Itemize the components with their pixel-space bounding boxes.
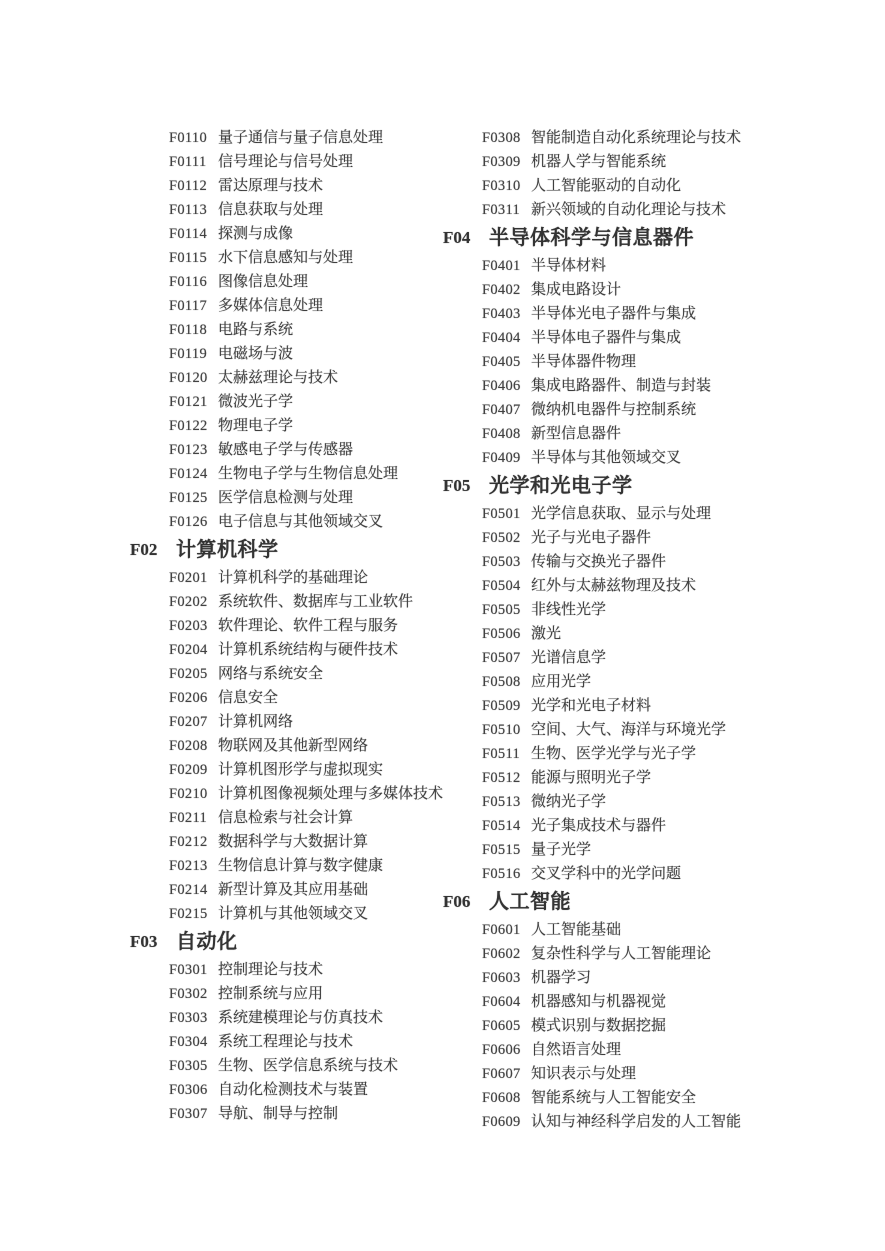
item-code: F0204 bbox=[169, 638, 218, 662]
item-label: 人工智能基础 bbox=[531, 918, 621, 942]
item-code: F0607 bbox=[482, 1062, 531, 1086]
item-label: 数据科学与大数据计算 bbox=[218, 830, 368, 854]
item-code: F0201 bbox=[169, 566, 218, 590]
item-label: 交叉学科中的光学问题 bbox=[531, 862, 681, 886]
item-label: 控制理论与技术 bbox=[218, 958, 323, 982]
item-code: F0302 bbox=[169, 982, 218, 1006]
item-label: 智能制造自动化系统理论与技术 bbox=[531, 126, 741, 150]
item-code: F0505 bbox=[482, 598, 531, 622]
section-title: 光学和光电子学 bbox=[489, 470, 633, 502]
code-item-row: F0114 探测与成像 bbox=[130, 222, 452, 246]
section-header-row: F04 半导体科学与信息器件 bbox=[443, 222, 793, 254]
item-label: 计算机网络 bbox=[218, 710, 293, 734]
item-label: 信息检索与社会计算 bbox=[218, 806, 353, 830]
code-item-row: F0304 系统工程理论与技术 bbox=[130, 1030, 452, 1054]
item-code: F0124 bbox=[169, 462, 218, 486]
item-code: F0303 bbox=[169, 1006, 218, 1030]
item-label: 机器感知与机器视觉 bbox=[531, 990, 666, 1014]
item-label: 微纳光子学 bbox=[531, 790, 606, 814]
item-code: F0306 bbox=[169, 1078, 218, 1102]
item-code: F0120 bbox=[169, 366, 218, 390]
item-code: F0115 bbox=[169, 246, 218, 270]
item-code: F0513 bbox=[482, 790, 531, 814]
code-item-row: F0119 电磁场与波 bbox=[130, 342, 452, 366]
item-code: F0121 bbox=[169, 390, 218, 414]
code-item-row: F0214 新型计算及其应用基础 bbox=[130, 878, 452, 902]
item-label: 计算机图形学与虚拟现实 bbox=[218, 758, 383, 782]
item-code: F0506 bbox=[482, 622, 531, 646]
code-item-row: F0515 量子光学 bbox=[443, 838, 793, 862]
item-code: F0211 bbox=[169, 806, 218, 830]
item-code: F0206 bbox=[169, 686, 218, 710]
code-item-row: F0607 知识表示与处理 bbox=[443, 1062, 793, 1086]
item-label: 自然语言处理 bbox=[531, 1038, 621, 1062]
item-label: 半导体与其他领域交叉 bbox=[531, 446, 681, 470]
code-item-row: F0506 激光 bbox=[443, 622, 793, 646]
section-header-row: F06 人工智能 bbox=[443, 886, 793, 918]
code-item-row: F0207 计算机网络 bbox=[130, 710, 452, 734]
item-code: F0209 bbox=[169, 758, 218, 782]
code-item-row: F0309 机器人学与智能系统 bbox=[443, 150, 793, 174]
item-label: 光学信息获取、显示与处理 bbox=[531, 502, 711, 526]
item-label: 新型信息器件 bbox=[531, 422, 621, 446]
code-item-row: F0409 半导体与其他领域交叉 bbox=[443, 446, 793, 470]
item-code: F0119 bbox=[169, 342, 218, 366]
item-code: F0609 bbox=[482, 1110, 531, 1134]
item-label: 物联网及其他新型网络 bbox=[218, 734, 368, 758]
right-column: F0308 智能制造自动化系统理论与技术 F0309 机器人学与智能系统 F03… bbox=[443, 126, 793, 1134]
item-label: 能源与照明光子学 bbox=[531, 766, 651, 790]
item-code: F0208 bbox=[169, 734, 218, 758]
item-label: 多媒体信息处理 bbox=[218, 294, 323, 318]
item-code: F0212 bbox=[169, 830, 218, 854]
item-code: F0308 bbox=[482, 126, 531, 150]
code-item-row: F0210 计算机图像视频处理与多媒体技术 bbox=[130, 782, 452, 806]
item-code: F0508 bbox=[482, 670, 531, 694]
item-code: F0210 bbox=[169, 782, 218, 806]
item-label: 新兴领域的自动化理论与技术 bbox=[531, 198, 726, 222]
item-label: 计算机科学的基础理论 bbox=[218, 566, 368, 590]
item-label: 认知与神经科学启发的人工智能 bbox=[531, 1110, 741, 1134]
item-label: 复杂性科学与人工智能理论 bbox=[531, 942, 711, 966]
code-item-row: F0308 智能制造自动化系统理论与技术 bbox=[443, 126, 793, 150]
code-item-row: F0311 新兴领域的自动化理论与技术 bbox=[443, 198, 793, 222]
left-column: F0110 量子通信与量子信息处理 F0111 信号理论与信号处理 F0112 … bbox=[130, 126, 452, 1126]
item-label: 光子与光电子器件 bbox=[531, 526, 651, 550]
item-label: 计算机系统结构与硬件技术 bbox=[218, 638, 398, 662]
item-label: 电子信息与其他领域交叉 bbox=[218, 510, 383, 534]
item-code: F0305 bbox=[169, 1054, 218, 1078]
code-item-row: F0124 生物电子学与生物信息处理 bbox=[130, 462, 452, 486]
section-title: 半导体科学与信息器件 bbox=[489, 222, 694, 254]
item-label: 电路与系统 bbox=[218, 318, 293, 342]
item-label: 水下信息感知与处理 bbox=[218, 246, 353, 270]
item-code: F0405 bbox=[482, 350, 531, 374]
code-item-row: F0202 系统软件、数据库与工业软件 bbox=[130, 590, 452, 614]
item-label: 电磁场与波 bbox=[218, 342, 293, 366]
code-item-row: F0403 半导体光电子器件与集成 bbox=[443, 302, 793, 326]
code-item-row: F0111 信号理论与信号处理 bbox=[130, 150, 452, 174]
item-label: 生物、医学信息系统与技术 bbox=[218, 1054, 398, 1078]
code-item-row: F0208 物联网及其他新型网络 bbox=[130, 734, 452, 758]
item-code: F0515 bbox=[482, 838, 531, 862]
item-code: F0507 bbox=[482, 646, 531, 670]
item-label: 敏感电子学与传感器 bbox=[218, 438, 353, 462]
item-code: F0311 bbox=[482, 198, 531, 222]
code-item-row: F0117 多媒体信息处理 bbox=[130, 294, 452, 318]
item-label: 医学信息检测与处理 bbox=[218, 486, 353, 510]
code-item-row: F0402 集成电路设计 bbox=[443, 278, 793, 302]
item-code: F0113 bbox=[169, 198, 218, 222]
item-label: 模式识别与数据挖掘 bbox=[531, 1014, 666, 1038]
item-code: F0502 bbox=[482, 526, 531, 550]
item-label: 生物电子学与生物信息处理 bbox=[218, 462, 398, 486]
item-code: F0118 bbox=[169, 318, 218, 342]
section-header-row: F03 自动化 bbox=[130, 926, 452, 958]
code-item-row: F0211 信息检索与社会计算 bbox=[130, 806, 452, 830]
item-code: F0504 bbox=[482, 574, 531, 598]
item-code: F0408 bbox=[482, 422, 531, 446]
code-item-row: F0505 非线性光学 bbox=[443, 598, 793, 622]
item-label: 非线性光学 bbox=[531, 598, 606, 622]
item-code: F0407 bbox=[482, 398, 531, 422]
item-label: 计算机与其他领域交叉 bbox=[218, 902, 368, 926]
code-item-row: F0602 复杂性科学与人工智能理论 bbox=[443, 942, 793, 966]
section-title: 自动化 bbox=[176, 926, 238, 958]
code-item-row: F0405 半导体器件物理 bbox=[443, 350, 793, 374]
item-code: F0213 bbox=[169, 854, 218, 878]
code-item-row: F0513 微纳光子学 bbox=[443, 790, 793, 814]
item-label: 自动化检测技术与装置 bbox=[218, 1078, 368, 1102]
code-item-row: F0112 雷达原理与技术 bbox=[130, 174, 452, 198]
item-code: F0509 bbox=[482, 694, 531, 718]
item-label: 控制系统与应用 bbox=[218, 982, 323, 1006]
item-code: F0401 bbox=[482, 254, 531, 278]
item-label: 信号理论与信号处理 bbox=[218, 150, 353, 174]
item-code: F0514 bbox=[482, 814, 531, 838]
item-label: 系统建模理论与仿真技术 bbox=[218, 1006, 383, 1030]
item-label: 太赫兹理论与技术 bbox=[218, 366, 338, 390]
code-item-row: F0501 光学信息获取、显示与处理 bbox=[443, 502, 793, 526]
code-item-row: F0205 网络与系统安全 bbox=[130, 662, 452, 686]
code-item-row: F0605 模式识别与数据挖掘 bbox=[443, 1014, 793, 1038]
item-label: 光学和光电子材料 bbox=[531, 694, 651, 718]
section-code: F04 bbox=[443, 222, 489, 254]
code-item-row: F0204 计算机系统结构与硬件技术 bbox=[130, 638, 452, 662]
item-code: F0409 bbox=[482, 446, 531, 470]
item-code: F0117 bbox=[169, 294, 218, 318]
item-label: 微纳机电器件与控制系统 bbox=[531, 398, 696, 422]
item-code: F0503 bbox=[482, 550, 531, 574]
item-code: F0123 bbox=[169, 438, 218, 462]
item-code: F0516 bbox=[482, 862, 531, 886]
section-code: F05 bbox=[443, 470, 489, 502]
code-item-row: F0604 机器感知与机器视觉 bbox=[443, 990, 793, 1014]
code-item-row: F0606 自然语言处理 bbox=[443, 1038, 793, 1062]
code-item-row: F0406 集成电路器件、制造与封装 bbox=[443, 374, 793, 398]
code-item-row: F0303 系统建模理论与仿真技术 bbox=[130, 1006, 452, 1030]
item-code: F0125 bbox=[169, 486, 218, 510]
section-header-row: F05 光学和光电子学 bbox=[443, 470, 793, 502]
code-item-row: F0307 导航、制导与控制 bbox=[130, 1102, 452, 1126]
item-label: 系统软件、数据库与工业软件 bbox=[218, 590, 413, 614]
item-label: 雷达原理与技术 bbox=[218, 174, 323, 198]
code-item-row: F0113 信息获取与处理 bbox=[130, 198, 452, 222]
code-item-row: F0125 医学信息检测与处理 bbox=[130, 486, 452, 510]
item-code: F0309 bbox=[482, 150, 531, 174]
item-label: 软件理论、软件工程与服务 bbox=[218, 614, 398, 638]
item-label: 生物信息计算与数字健康 bbox=[218, 854, 383, 878]
item-code: F0310 bbox=[482, 174, 531, 198]
item-label: 信息安全 bbox=[218, 686, 278, 710]
section-code: F03 bbox=[130, 926, 176, 958]
item-code: F0406 bbox=[482, 374, 531, 398]
item-label: 微波光子学 bbox=[218, 390, 293, 414]
item-code: F0512 bbox=[482, 766, 531, 790]
item-label: 集成电路设计 bbox=[531, 278, 621, 302]
item-code: F0510 bbox=[482, 718, 531, 742]
item-code: F0501 bbox=[482, 502, 531, 526]
item-code: F0202 bbox=[169, 590, 218, 614]
item-label: 系统工程理论与技术 bbox=[218, 1030, 353, 1054]
code-item-row: F0509 光学和光电子材料 bbox=[443, 694, 793, 718]
code-item-row: F0516 交叉学科中的光学问题 bbox=[443, 862, 793, 886]
code-item-row: F0404 半导体电子器件与集成 bbox=[443, 326, 793, 350]
item-label: 半导体光电子器件与集成 bbox=[531, 302, 696, 326]
section-code: F06 bbox=[443, 886, 489, 918]
code-item-row: F0118 电路与系统 bbox=[130, 318, 452, 342]
section-title: 人工智能 bbox=[489, 886, 571, 918]
item-label: 光子集成技术与器件 bbox=[531, 814, 666, 838]
item-code: F0214 bbox=[169, 878, 218, 902]
code-item-row: F0120 太赫兹理论与技术 bbox=[130, 366, 452, 390]
code-item-row: F0401 半导体材料 bbox=[443, 254, 793, 278]
code-item-row: F0115 水下信息感知与处理 bbox=[130, 246, 452, 270]
item-label: 智能系统与人工智能安全 bbox=[531, 1086, 696, 1110]
item-code: F0215 bbox=[169, 902, 218, 926]
item-label: 机器学习 bbox=[531, 966, 591, 990]
code-item-row: F0203 软件理论、软件工程与服务 bbox=[130, 614, 452, 638]
item-label: 机器人学与智能系统 bbox=[531, 150, 666, 174]
item-code: F0114 bbox=[169, 222, 218, 246]
code-item-row: F0508 应用光学 bbox=[443, 670, 793, 694]
item-code: F0403 bbox=[482, 302, 531, 326]
item-code: F0116 bbox=[169, 270, 218, 294]
code-item-row: F0301 控制理论与技术 bbox=[130, 958, 452, 982]
item-label: 新型计算及其应用基础 bbox=[218, 878, 368, 902]
item-code: F0122 bbox=[169, 414, 218, 438]
item-code: F0110 bbox=[169, 126, 218, 150]
code-item-row: F0608 智能系统与人工智能安全 bbox=[443, 1086, 793, 1110]
item-label: 激光 bbox=[531, 622, 561, 646]
code-item-row: F0302 控制系统与应用 bbox=[130, 982, 452, 1006]
item-code: F0511 bbox=[482, 742, 531, 766]
code-item-row: F0116 图像信息处理 bbox=[130, 270, 452, 294]
item-label: 人工智能驱动的自动化 bbox=[531, 174, 681, 198]
item-label: 半导体电子器件与集成 bbox=[531, 326, 681, 350]
code-item-row: F0110 量子通信与量子信息处理 bbox=[130, 126, 452, 150]
item-code: F0608 bbox=[482, 1086, 531, 1110]
item-label: 网络与系统安全 bbox=[218, 662, 323, 686]
item-code: F0112 bbox=[169, 174, 218, 198]
code-item-row: F0126 电子信息与其他领域交叉 bbox=[130, 510, 452, 534]
item-label: 生物、医学光学与光子学 bbox=[531, 742, 696, 766]
item-code: F0602 bbox=[482, 942, 531, 966]
code-item-row: F0201 计算机科学的基础理论 bbox=[130, 566, 452, 590]
item-label: 信息获取与处理 bbox=[218, 198, 323, 222]
item-code: F0301 bbox=[169, 958, 218, 982]
item-code: F0605 bbox=[482, 1014, 531, 1038]
item-label: 红外与太赫兹物理及技术 bbox=[531, 574, 696, 598]
item-label: 量子通信与量子信息处理 bbox=[218, 126, 383, 150]
code-item-row: F0511 生物、医学光学与光子学 bbox=[443, 742, 793, 766]
item-code: F0603 bbox=[482, 966, 531, 990]
item-code: F0606 bbox=[482, 1038, 531, 1062]
document-page: F0110 量子通信与量子信息处理 F0111 信号理论与信号处理 F0112 … bbox=[0, 0, 885, 1251]
item-label: 物理电子学 bbox=[218, 414, 293, 438]
code-item-row: F0514 光子集成技术与器件 bbox=[443, 814, 793, 838]
item-label: 探测与成像 bbox=[218, 222, 293, 246]
section-title: 计算机科学 bbox=[176, 534, 279, 566]
code-item-row: F0512 能源与照明光子学 bbox=[443, 766, 793, 790]
code-item-row: F0507 光谱信息学 bbox=[443, 646, 793, 670]
code-item-row: F0504 红外与太赫兹物理及技术 bbox=[443, 574, 793, 598]
code-item-row: F0601 人工智能基础 bbox=[443, 918, 793, 942]
code-item-row: F0603 机器学习 bbox=[443, 966, 793, 990]
item-code: F0402 bbox=[482, 278, 531, 302]
item-label: 量子光学 bbox=[531, 838, 591, 862]
code-item-row: F0212 数据科学与大数据计算 bbox=[130, 830, 452, 854]
code-item-row: F0215 计算机与其他领域交叉 bbox=[130, 902, 452, 926]
code-item-row: F0305 生物、医学信息系统与技术 bbox=[130, 1054, 452, 1078]
item-code: F0126 bbox=[169, 510, 218, 534]
item-code: F0205 bbox=[169, 662, 218, 686]
code-item-row: F0502 光子与光电子器件 bbox=[443, 526, 793, 550]
item-label: 知识表示与处理 bbox=[531, 1062, 636, 1086]
item-code: F0203 bbox=[169, 614, 218, 638]
section-code: F02 bbox=[130, 534, 176, 566]
item-label: 应用光学 bbox=[531, 670, 591, 694]
item-code: F0304 bbox=[169, 1030, 218, 1054]
item-label: 集成电路器件、制造与封装 bbox=[531, 374, 711, 398]
code-item-row: F0213 生物信息计算与数字健康 bbox=[130, 854, 452, 878]
code-item-row: F0121 微波光子学 bbox=[130, 390, 452, 414]
item-code: F0404 bbox=[482, 326, 531, 350]
item-code: F0111 bbox=[169, 150, 218, 174]
code-item-row: F0609 认知与神经科学启发的人工智能 bbox=[443, 1110, 793, 1134]
item-label: 传输与交换光子器件 bbox=[531, 550, 666, 574]
item-code: F0207 bbox=[169, 710, 218, 734]
code-item-row: F0206 信息安全 bbox=[130, 686, 452, 710]
code-item-row: F0122 物理电子学 bbox=[130, 414, 452, 438]
item-label: 半导体材料 bbox=[531, 254, 606, 278]
code-item-row: F0510 空间、大气、海洋与环境光学 bbox=[443, 718, 793, 742]
item-label: 半导体器件物理 bbox=[531, 350, 636, 374]
item-label: 计算机图像视频处理与多媒体技术 bbox=[218, 782, 443, 806]
code-item-row: F0407 微纳机电器件与控制系统 bbox=[443, 398, 793, 422]
item-label: 空间、大气、海洋与环境光学 bbox=[531, 718, 726, 742]
code-item-row: F0310 人工智能驱动的自动化 bbox=[443, 174, 793, 198]
code-item-row: F0408 新型信息器件 bbox=[443, 422, 793, 446]
code-item-row: F0503 传输与交换光子器件 bbox=[443, 550, 793, 574]
code-item-row: F0306 自动化检测技术与装置 bbox=[130, 1078, 452, 1102]
section-header-row: F02 计算机科学 bbox=[130, 534, 452, 566]
code-item-row: F0209 计算机图形学与虚拟现实 bbox=[130, 758, 452, 782]
item-label: 导航、制导与控制 bbox=[218, 1102, 338, 1126]
code-item-row: F0123 敏感电子学与传感器 bbox=[130, 438, 452, 462]
item-label: 图像信息处理 bbox=[218, 270, 308, 294]
item-code: F0307 bbox=[169, 1102, 218, 1126]
item-code: F0604 bbox=[482, 990, 531, 1014]
item-code: F0601 bbox=[482, 918, 531, 942]
item-label: 光谱信息学 bbox=[531, 646, 606, 670]
